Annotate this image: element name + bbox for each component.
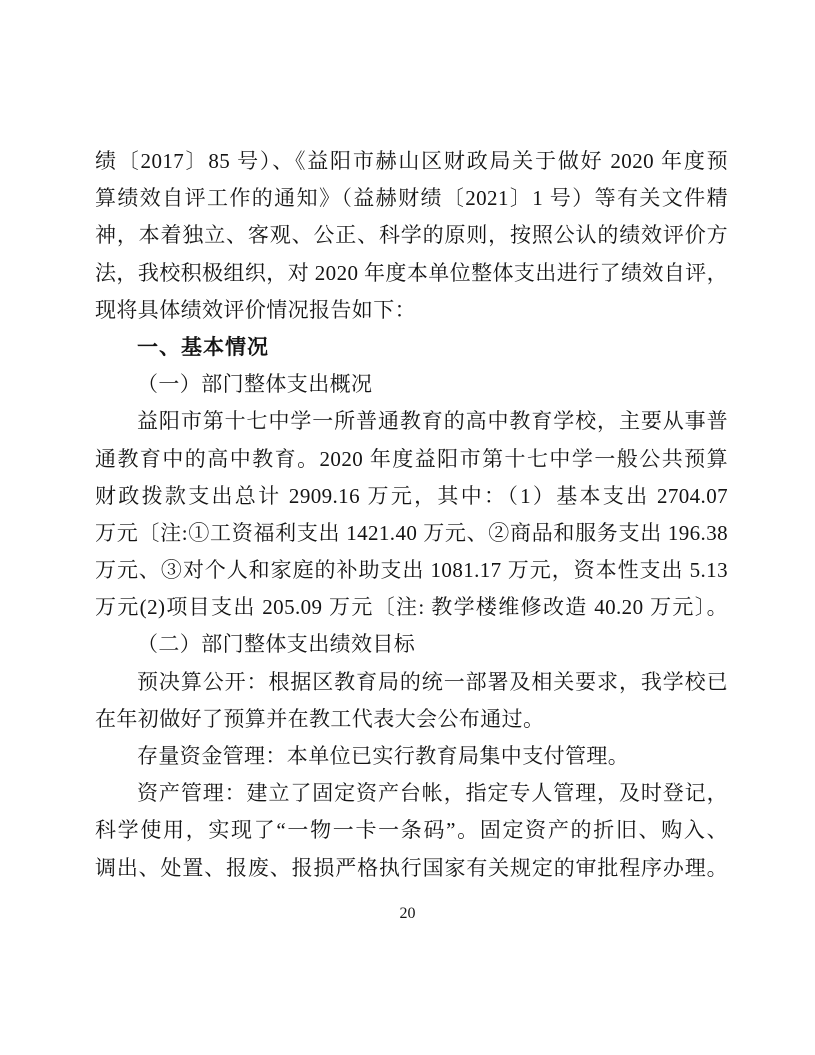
- subheading-performance-goals: （二）部门整体支出绩效目标: [95, 626, 728, 663]
- text-line: 资产管理：建立了固定资产台帐，指定专人管理，及时登记，: [95, 775, 728, 812]
- text-line: 调出、处置、报废、报损严格执行国家有关规定的审批程序办理。: [95, 850, 728, 887]
- text-line: 万元(2)项目支出 205.09 万元〔注: 教学楼维修改造 40.20 万元〕…: [95, 589, 728, 626]
- page-number: 20: [0, 905, 815, 923]
- text-line: 益阳市第十七中学一所普通教育的高中教育学校，主要从事普: [95, 403, 728, 440]
- subheading-overall-expenditure-overview: （一）部门整体支出概况: [95, 366, 728, 403]
- heading-basic-situation: 一、基本情况: [95, 329, 728, 366]
- text-line: 万元〔注:①工资福利支出 1421.40 万元、②商品和服务支出 196.38: [95, 515, 728, 552]
- text-line: 算绩效自评工作的通知》（益赫财绩〔2021〕1 号）等有关文件精: [95, 180, 728, 217]
- text-line: 科学使用，实现了“一物一卡一条码”。固定资产的折旧、购入、: [95, 812, 728, 849]
- text-line: 存量资金管理：本单位已实行教育局集中支付管理。: [95, 738, 728, 775]
- text-line: 预决算公开：根据区教育局的统一部署及相关要求，我学校已: [95, 664, 728, 701]
- text-line: 法，我校积极组织，对 2020 年度本单位整体支出进行了绩效自评，: [95, 255, 728, 292]
- document-page: 绩〔2017〕85 号）、《益阳市赫山区财政局关于做好 2020 年度预算绩效自…: [0, 0, 815, 1055]
- text-line: 在年初做好了预算并在教工代表大会公布通过。: [95, 701, 728, 738]
- text-line: 现将具体绩效评价情况报告如下：: [95, 292, 728, 329]
- text-line: 神，本着独立、客观、公正、科学的原则，按照公认的绩效评价方: [95, 217, 728, 254]
- text-line: 通教育中的高中教育。2020 年度益阳市第十七中学一般公共预算: [95, 441, 728, 478]
- text-line: 财政拨款支出总计 2909.16 万元，其中：（1）基本支出 2704.07: [95, 478, 728, 515]
- document-body: 绩〔2017〕85 号）、《益阳市赫山区财政局关于做好 2020 年度预算绩效自…: [95, 143, 728, 887]
- text-line: 绩〔2017〕85 号）、《益阳市赫山区财政局关于做好 2020 年度预: [95, 143, 728, 180]
- text-line: 万元、③对个人和家庭的补助支出 1081.17 万元，资本性支出 5.13: [95, 552, 728, 589]
